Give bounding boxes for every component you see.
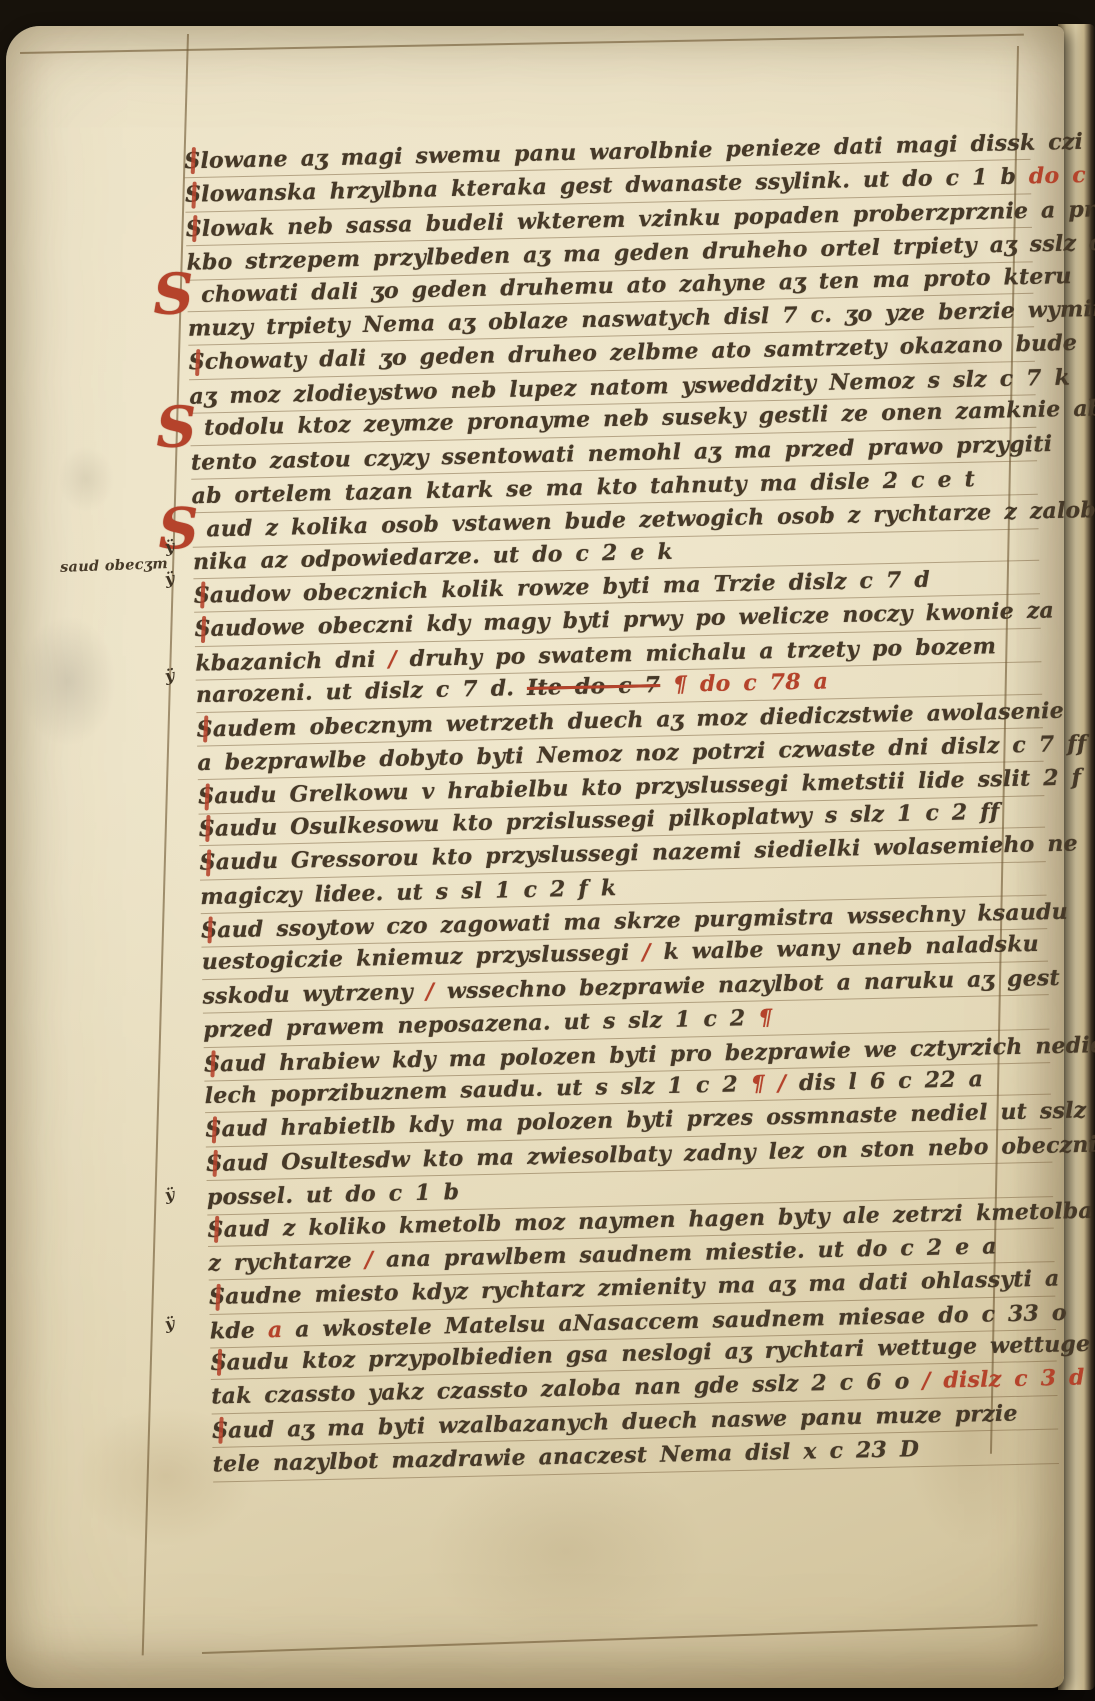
initial-capital: S — [201, 914, 218, 947]
ink-text: uestogiczie kniemuz przyslussegi — [202, 940, 643, 976]
initial-capital: S — [205, 1114, 222, 1147]
initial-capital: S — [209, 1281, 226, 1314]
rubricated-text: a — [268, 1317, 283, 1343]
ink-text: dis l 6 c 22 a — [799, 1066, 984, 1096]
ink-text: sskodu wytrzeny — [202, 978, 426, 1009]
margin-note: saud obecʒm — [60, 555, 169, 576]
stain — [58, 446, 114, 512]
initial-capital: S — [185, 179, 202, 212]
stain — [426, 1456, 706, 1646]
initial-capital: S — [194, 613, 211, 646]
margin-paragraph-mark: ÿ — [163, 666, 175, 686]
initial-capital: S — [207, 1213, 224, 1246]
ink-text: kbazanich dni — [195, 646, 389, 676]
initial-capital: S — [206, 1147, 223, 1180]
margin-paragraph-mark: ÿ — [163, 569, 175, 589]
initial-capital: S — [188, 346, 205, 379]
parchment-page: Slowane aʒ magi swemu panu warolbnie pen… — [6, 26, 1064, 1688]
initial-capital: S — [196, 713, 213, 746]
ruling-line-top — [20, 34, 1024, 54]
initial-capital: S — [199, 813, 216, 846]
ink-text: kde — [210, 1317, 269, 1344]
text-block: Slowane aʒ magi swemu panu warolbnie pen… — [184, 128, 1059, 1482]
rubricated-text: ¶ — [758, 1005, 773, 1031]
ruling-line-bottom — [202, 1624, 1038, 1654]
margin-paragraph-mark: ÿ — [163, 1184, 175, 1204]
rubricated-text: / — [778, 1070, 800, 1096]
initial-capital: S — [212, 1414, 229, 1447]
initial-capital: S — [193, 579, 210, 612]
ink-text: z rychtarze — [208, 1247, 365, 1276]
ink-text: k walbe wany aneb naladsku — [650, 931, 1039, 965]
ink-text — [765, 1071, 778, 1097]
initial-capital: S — [185, 213, 202, 246]
ink-text: magiczy lidee. ut s sl 1 c 2 f k — [200, 875, 617, 910]
manuscript-photo: Slowane aʒ magi swemu panu warolbnie pen… — [0, 0, 1095, 1701]
margin-paragraph-mark: ÿ — [163, 1314, 175, 1334]
rubricated-text: Ite do c 7 — [527, 672, 661, 701]
initial-capital: S — [210, 1347, 227, 1380]
rubricated-text: / dislz c 3 d — [922, 1365, 1085, 1395]
rubricated-text: ¶ do c 78 a — [660, 669, 829, 699]
initial-capital: S — [184, 145, 201, 178]
initial-capital: S — [198, 781, 215, 814]
rubricated-text: do c 19 k — [1016, 161, 1095, 190]
stain — [20, 616, 116, 746]
ink-text: possel. ut do c 1 b — [207, 1179, 460, 1210]
initial-capital: S — [199, 846, 216, 879]
rubricated-text: ¶ — [750, 1071, 765, 1097]
ink-text: narozeni. ut dislz c 7 d. — [196, 675, 528, 708]
initial-capital: S — [204, 1048, 221, 1081]
ink-text: nika az odpowiedarze. ut do c 2 e k — [193, 538, 673, 574]
